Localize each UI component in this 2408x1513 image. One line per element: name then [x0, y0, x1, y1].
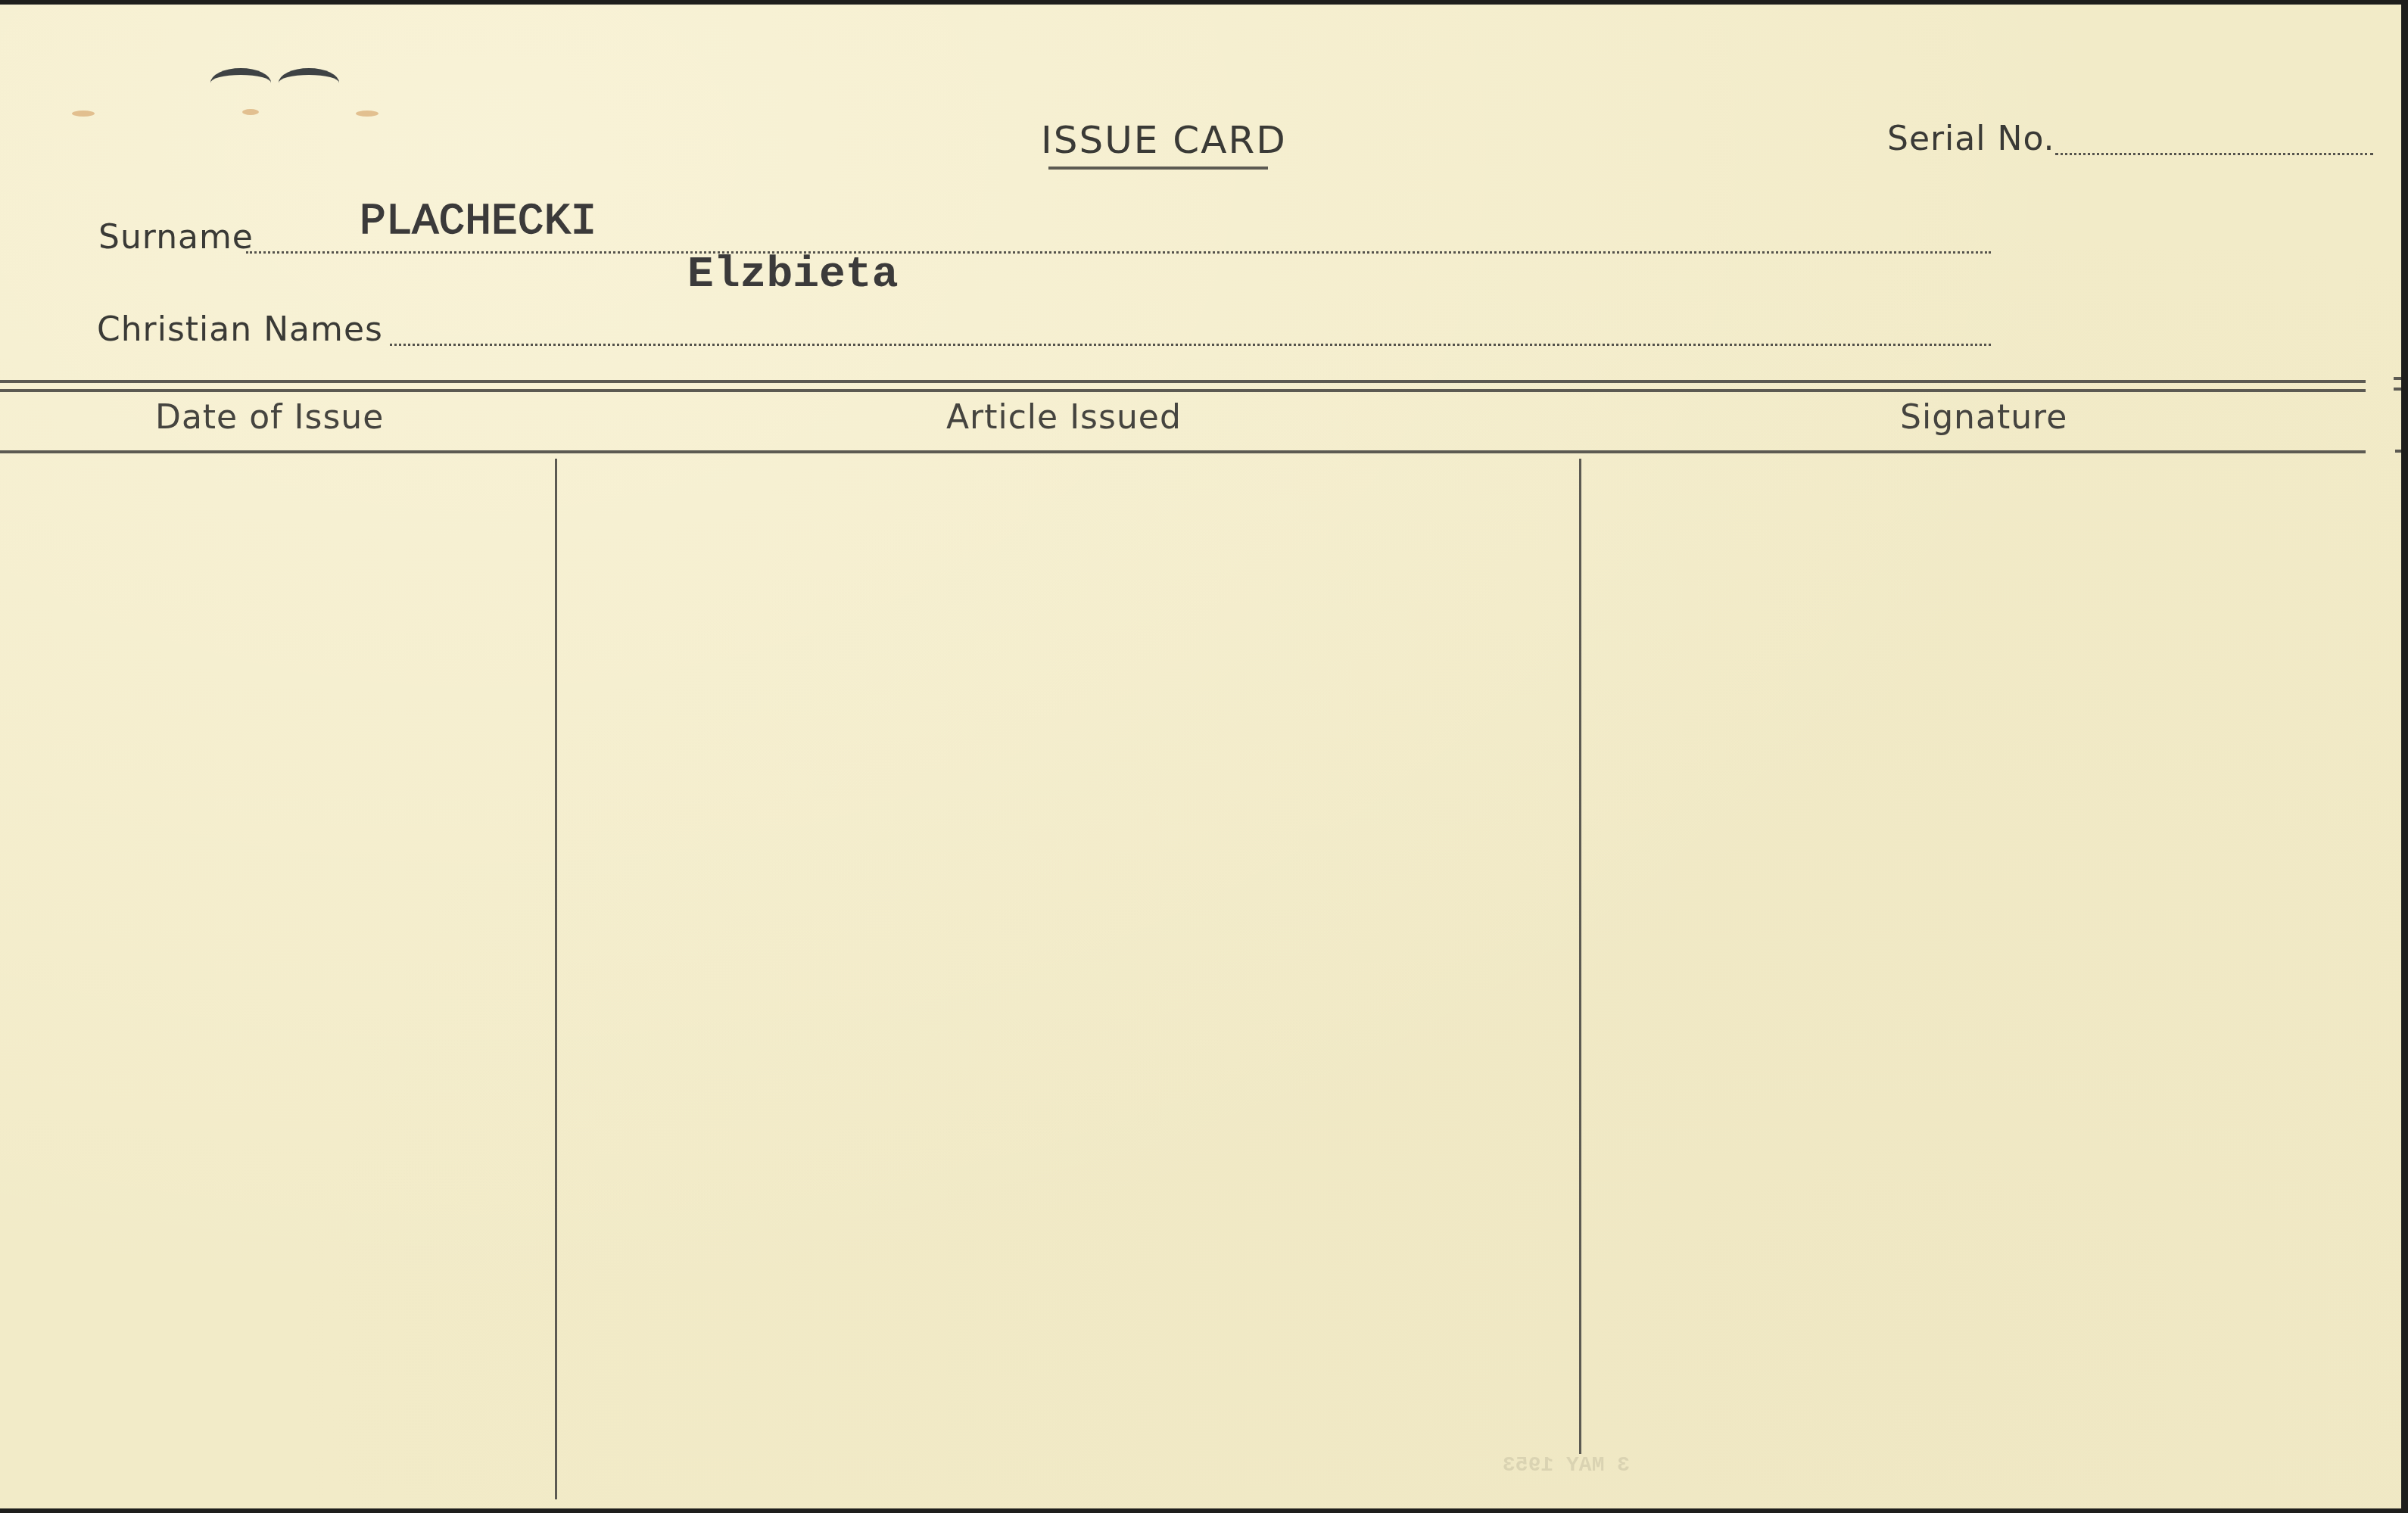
serial-no-label: Serial No.	[1887, 120, 2055, 158]
surname-value: PLACHECKI	[360, 198, 597, 247]
column-header-article-issued: Article Issued	[946, 398, 1182, 437]
christian-names-label: Christian Names	[97, 310, 383, 349]
card-title: ISSUE CARD	[1041, 118, 1287, 162]
christian-names-value: Elzbieta	[687, 251, 898, 300]
column-header-signature: Signature	[1900, 398, 2067, 437]
date-of-issue-column[interactable]	[0, 455, 555, 1499]
staple-left-icon	[210, 68, 271, 98]
column-header-date-of-issue: Date of Issue	[155, 398, 384, 437]
christian-names-field[interactable]	[390, 344, 1991, 346]
staple-right-icon	[279, 68, 339, 98]
surname-label: Surname	[98, 218, 254, 257]
serial-no-field[interactable]	[2055, 153, 2373, 155]
faint-stamp: 3 MAY 1953	[1503, 1454, 1630, 1477]
header-double-rule-top	[0, 380, 2366, 383]
header-bottom-rule	[0, 450, 2366, 453]
signature-column[interactable]	[1583, 455, 2400, 1499]
issue-card: ISSUE CARD Serial No. Surname PLACHECKI …	[0, 5, 2401, 1508]
rust-stain	[356, 111, 378, 117]
rust-stain	[72, 111, 95, 117]
edge-mark	[2394, 388, 2401, 391]
column-divider-2	[1579, 459, 1581, 1454]
article-issued-column[interactable]	[558, 455, 1580, 1499]
column-divider-1	[555, 459, 557, 1499]
edge-mark	[2395, 450, 2401, 453]
header-double-rule-bottom	[0, 389, 2366, 392]
edge-mark	[2394, 377, 2401, 380]
rust-stain	[242, 109, 259, 115]
surname-field[interactable]	[246, 251, 1991, 254]
title-underline	[1048, 167, 1268, 170]
